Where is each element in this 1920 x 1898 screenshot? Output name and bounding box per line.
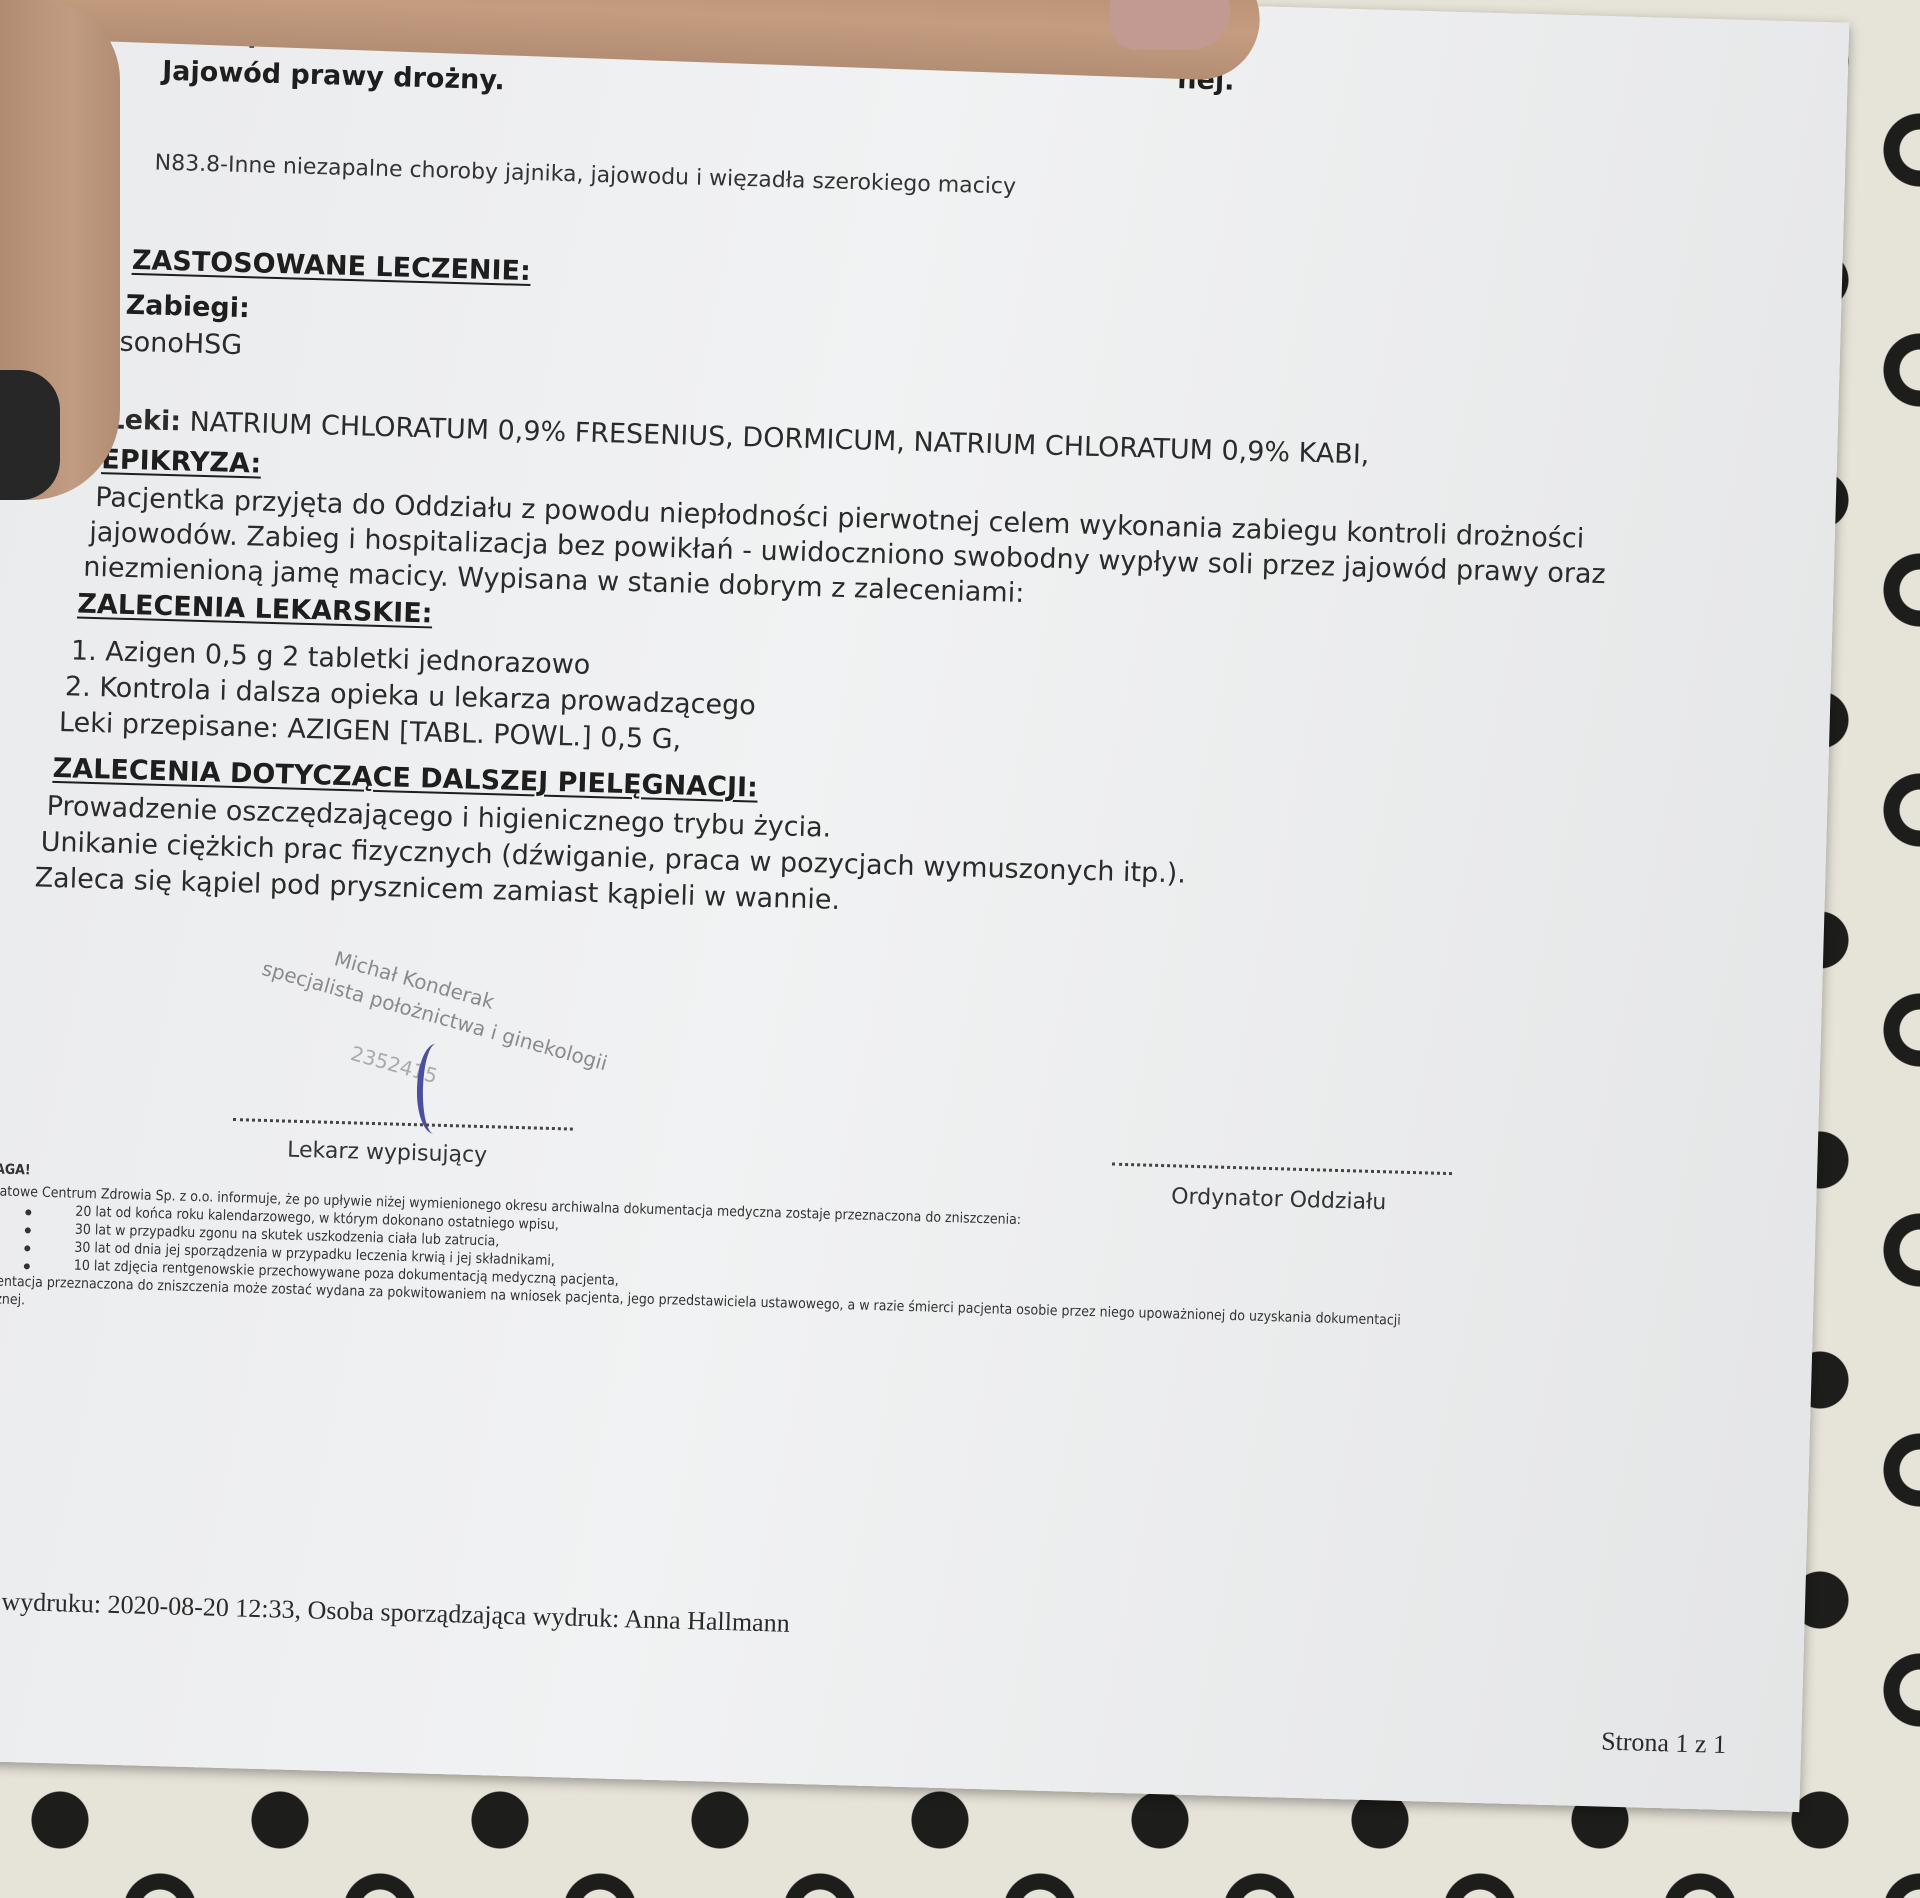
page-number: Strona 1 z 1	[1601, 1727, 1727, 1760]
print-info: Czas wydruku: 2020-08-20 12:33, Osoba sp…	[0, 1585, 790, 1639]
head-of-ward-label: Ordynator Oddziału	[1171, 1184, 1387, 1215]
fingernail-top	[1110, 0, 1230, 50]
bullet	[24, 1263, 30, 1269]
drugs-value: NATRIUM CHLORATUM 0,9% FRESENIUS, DORMIC…	[189, 407, 1370, 471]
treatment-heading: ZASTOSOWANE LECZENIE:	[132, 245, 532, 287]
head-signature-line	[1112, 1163, 1452, 1175]
discharge-document: Stan po nej. Jajowód prawy drożny. N83.8…	[0, 0, 1849, 1812]
medical-recommendations-heading: ZALECENIA LEKARSKIE:	[77, 589, 433, 630]
notice-heading: UWAGA!	[0, 1161, 31, 1179]
fingernail-left	[0, 370, 60, 500]
diagnosis: N83.8-Inne niezapalne choroby jajnika, j…	[154, 151, 1016, 200]
doctor-signature-line	[233, 1118, 573, 1130]
tube-status: Jajowód prawy drożny.	[162, 56, 505, 97]
signature-stroke	[416, 1043, 454, 1134]
notice-closing-2: medycznej.	[0, 1290, 25, 1308]
notice-closing-1: dokumentacja przeznaczona do zniszczenia…	[0, 1272, 1401, 1328]
bullet	[25, 1209, 31, 1215]
bullet	[24, 1245, 30, 1251]
drugs-line: Leki: NATRIUM CHLORATUM 0,9% FRESENIUS, …	[107, 404, 1370, 470]
epicrisis-heading: EPIKRYZA:	[101, 444, 262, 479]
procedures-label: Zabiegi:	[125, 290, 250, 324]
bullet	[25, 1227, 31, 1233]
discharging-doctor-label: Lekarz wypisujący	[287, 1138, 488, 1169]
procedures-value: sonoHSG	[119, 327, 242, 361]
